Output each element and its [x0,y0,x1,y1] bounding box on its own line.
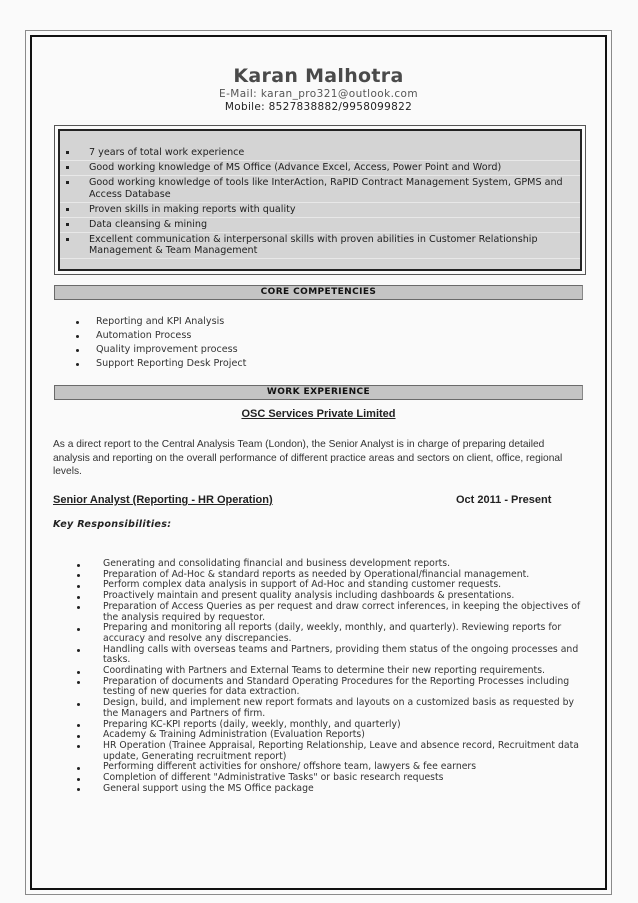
round-bullet-icon [77,585,80,588]
summary-item: Good working knowledge of MS Office (Adv… [60,161,580,176]
round-bullet-icon [77,735,80,738]
round-bullet-icon [77,745,80,748]
work-experience-heading: WORK EXPERIENCE [54,385,583,400]
round-bullet-icon [76,321,79,324]
summary-item: 7 years of total work experience [60,146,580,161]
square-bullet-icon [66,151,69,154]
competency-item-text: Support Reporting Desk Project [96,358,246,369]
competency-item-text: Reporting and KPI Analysis [96,316,224,327]
round-bullet-icon [76,349,79,352]
round-bullet-icon [77,564,80,567]
round-bullet-icon [77,649,80,652]
role-title: Senior Analyst (Reporting - HR Operation… [53,494,273,506]
summary-item: Good working knowledge of tools like Int… [60,176,580,203]
responsibility-item: General support using the MS Office pack… [74,784,584,795]
round-bullet-icon [77,681,80,684]
competency-item: Support Reporting Desk Project [74,357,246,371]
round-bullet-icon [77,606,80,609]
summary-box: 7 years of total work experienceGood wor… [54,125,586,275]
responsibility-item-text: Preparing and monitoring all reports (da… [103,622,561,644]
responsibility-item-text: Academy & Training Administration (Evalu… [103,729,365,740]
page-border: Karan Malhotra E-Mail: karan_pro321@outl… [30,35,607,890]
competency-item: Quality improvement process [74,343,246,357]
competency-item-text: Quality improvement process [96,344,238,355]
responsibility-item: HR Operation (Trainee Appraisal, Reporti… [74,741,584,762]
summary-item-text: Data cleansing & mining [89,219,207,230]
summary-list: 7 years of total work experienceGood wor… [60,146,580,259]
summary-item: Excellent communication & interpersonal … [60,233,580,260]
responsibility-item-text: Handling calls with overseas teams and P… [103,644,578,666]
responsibility-item-text: General support using the MS Office pack… [103,783,314,794]
competency-item-text: Automation Process [96,330,191,341]
responsibilities-list: Generating and consolidating financial a… [74,559,584,794]
responsibility-item-text: Completion of different "Administrative … [103,772,444,783]
summary-box-inner: 7 years of total work experienceGood wor… [58,129,582,271]
company-name: OSC Services Private Limited [32,408,605,420]
round-bullet-icon [76,335,79,338]
summary-item-text: Proven skills in making reports with qua… [89,204,296,215]
role-row: Senior Analyst (Reporting - HR Operation… [53,494,553,506]
round-bullet-icon [77,628,80,631]
candidate-mobile: Mobile: 8527838882/9958099822 [32,101,605,113]
responsibility-item-text: Preparation of Ad-Hoc & standard reports… [103,569,529,580]
round-bullet-icon [77,778,80,781]
competency-item: Automation Process [74,329,246,343]
round-bullet-icon [77,788,80,791]
square-bullet-icon [66,223,69,226]
responsibility-item-text: Proactively maintain and present quality… [103,590,514,601]
round-bullet-icon [77,596,80,599]
competency-item: Reporting and KPI Analysis [74,315,246,329]
responsibility-item: Preparation of documents and Standard Op… [74,677,584,698]
responsibility-item: Design, build, and implement new report … [74,698,584,719]
square-bullet-icon [66,181,69,184]
round-bullet-icon [77,724,80,727]
summary-item: Proven skills in making reports with qua… [60,203,580,218]
responsibility-item-text: Performing different activities for onsh… [103,761,476,772]
responsibility-item: Preparation of Access Queries as per req… [74,602,584,623]
candidate-name: Karan Malhotra [32,65,605,87]
role-dates: Oct 2011 - Present [456,494,551,506]
core-competencies-list: Reporting and KPI AnalysisAutomation Pro… [74,315,246,371]
responsibility-item-text: Generating and consolidating financial a… [103,558,450,569]
responsibility-item-text: HR Operation (Trainee Appraisal, Reporti… [103,740,579,762]
responsibility-item: Preparing and monitoring all reports (da… [74,623,584,644]
responsibility-item-text: Preparing KC-KPI reports (daily, weekly,… [103,719,401,730]
candidate-email: E-Mail: karan_pro321@outlook.com [32,88,605,100]
responsibility-item-text: Preparation of Access Queries as per req… [103,601,580,623]
role-intro: As a direct report to the Central Analys… [53,438,573,479]
summary-item-text: Excellent communication & interpersonal … [89,234,538,257]
summary-item-text: Good working knowledge of MS Office (Adv… [89,162,501,173]
responsibility-item: Handling calls with overseas teams and P… [74,645,584,666]
key-responsibilities-label: Key Responsibilities: [53,519,171,530]
responsibility-item-text: Preparation of documents and Standard Op… [103,676,569,698]
resume-header: Karan Malhotra E-Mail: karan_pro321@outl… [32,65,605,113]
square-bullet-icon [66,208,69,211]
summary-item-text: 7 years of total work experience [89,147,244,158]
round-bullet-icon [77,671,80,674]
summary-item: Data cleansing & mining [60,218,580,233]
square-bullet-icon [66,166,69,169]
summary-item-text: Good working knowledge of tools like Int… [89,177,563,200]
round-bullet-icon [77,703,80,706]
round-bullet-icon [77,767,80,770]
responsibility-item-text: Perform complex data analysis in support… [103,579,501,590]
square-bullet-icon [66,238,69,241]
round-bullet-icon [77,574,80,577]
resume-page: Karan Malhotra E-Mail: karan_pro321@outl… [25,30,612,895]
core-competencies-heading: CORE COMPETENCIES [54,285,583,300]
responsibility-item-text: Coordinating with Partners and External … [103,665,545,676]
responsibility-item-text: Design, build, and implement new report … [103,697,574,719]
round-bullet-icon [76,363,79,366]
